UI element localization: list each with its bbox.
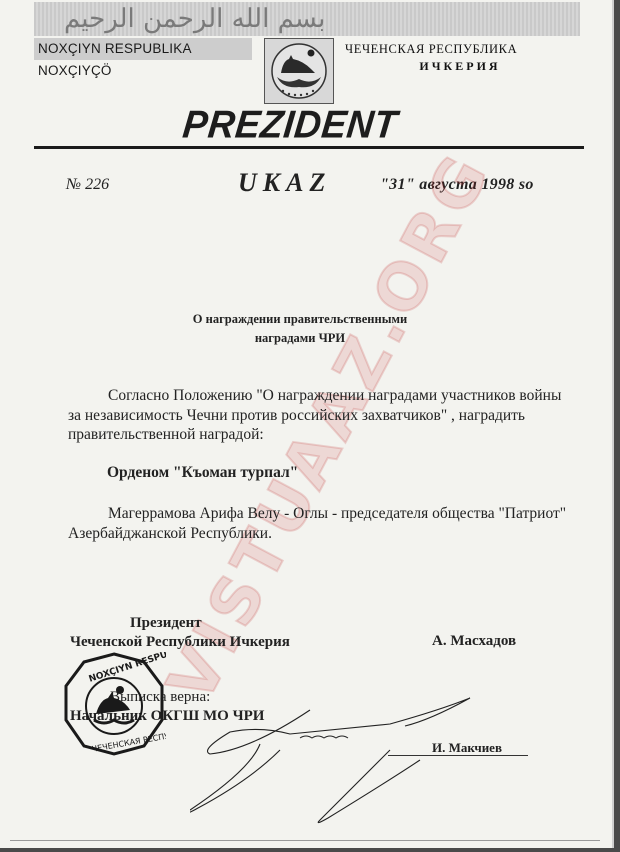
decree-number: № 226 [66,176,109,194]
award-order: Орденом "Къоман турпал" [107,464,298,482]
decree-body: Согласно Положению "О награждении наград… [68,386,568,445]
page-bottom-edge [10,840,600,841]
signatory-title: Президент Чеченской Республики Ичкерия [70,614,290,652]
signatory-title-line2: Чеченской Республики Ичкерия [70,634,290,650]
letterhead-russian-title: ЧЕЧЕНСКАЯ РЕСПУБЛИКА ИЧКЕРИЯ [345,41,565,75]
subject-line-1: О награждении правительственными [150,310,450,329]
body-paragraph: Согласно Положению "О награждении наград… [68,386,568,445]
handwritten-signature [190,690,490,840]
header-divider [34,146,584,149]
signatory-title-line1: Президент [70,614,290,633]
signatory-name: А. Масхадов [432,633,516,650]
certifier-name: И. Макчиев [432,740,502,756]
recipient-text: Магеррамова Арифа Велу - Оглы - председа… [68,504,568,543]
decree-header: № 226 UKAZ "31" августа 1998 so [0,168,612,198]
official-stamp-icon: NOXÇIYN RESPUBLIKA ЧЕЧЕНСКАЯ РЕСПУБ [62,652,166,756]
award-recipient: Магеррамова Арифа Велу - Оглы - председа… [68,504,568,543]
decree-subject: О награждении правительственными награда… [150,310,450,348]
decree-type: UKAZ [238,168,331,198]
wolf-emblem-icon [264,38,334,104]
letterhead-russian-title-line2: ИЧКЕРИЯ [345,58,565,75]
letterhead-chechen-title: NOXÇIYN RESPUBLIKA NOXÇIYÇÖ [34,38,252,60]
document-page: بسم الله الرحمن الرحيم NOXÇIYN RESPUBLIK… [0,0,614,848]
office-title: PREZIDENT [181,103,400,147]
signature-underline [388,755,528,756]
subject-line-2: наградами ЧРИ [150,329,450,348]
letterhead-russian-title-line1: ЧЕЧЕНСКАЯ РЕСПУБЛИКА [345,42,517,56]
arabic-calligraphy-banner: بسم الله الرحمن الرحيم [34,2,580,36]
